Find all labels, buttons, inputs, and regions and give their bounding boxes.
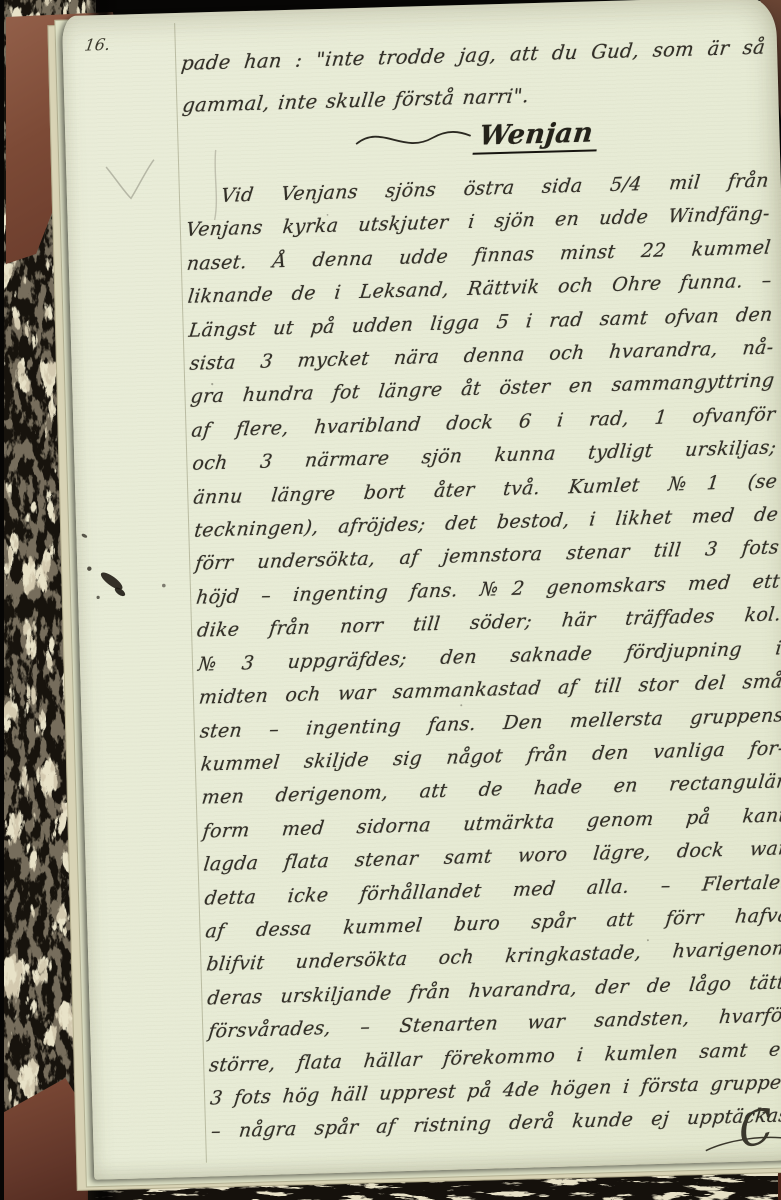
section-heading: Wenjan (472, 117, 599, 155)
page-number: 16. (83, 35, 111, 55)
manuscript-page: 16. pade han : "inte trodde jag, at (62, 0, 781, 1180)
heading-flourish-swash (354, 121, 475, 152)
ink-blot-cluster (81, 531, 166, 600)
scanned-manuscript-page: 16. pade han : "inte trodde jag, at (0, 0, 781, 1200)
signature-swash-stroke (703, 1132, 781, 1154)
pencil-checkmark (106, 160, 155, 199)
handwriting-block: pade han : "inte trodde jag, att du Gud,… (181, 27, 781, 1150)
